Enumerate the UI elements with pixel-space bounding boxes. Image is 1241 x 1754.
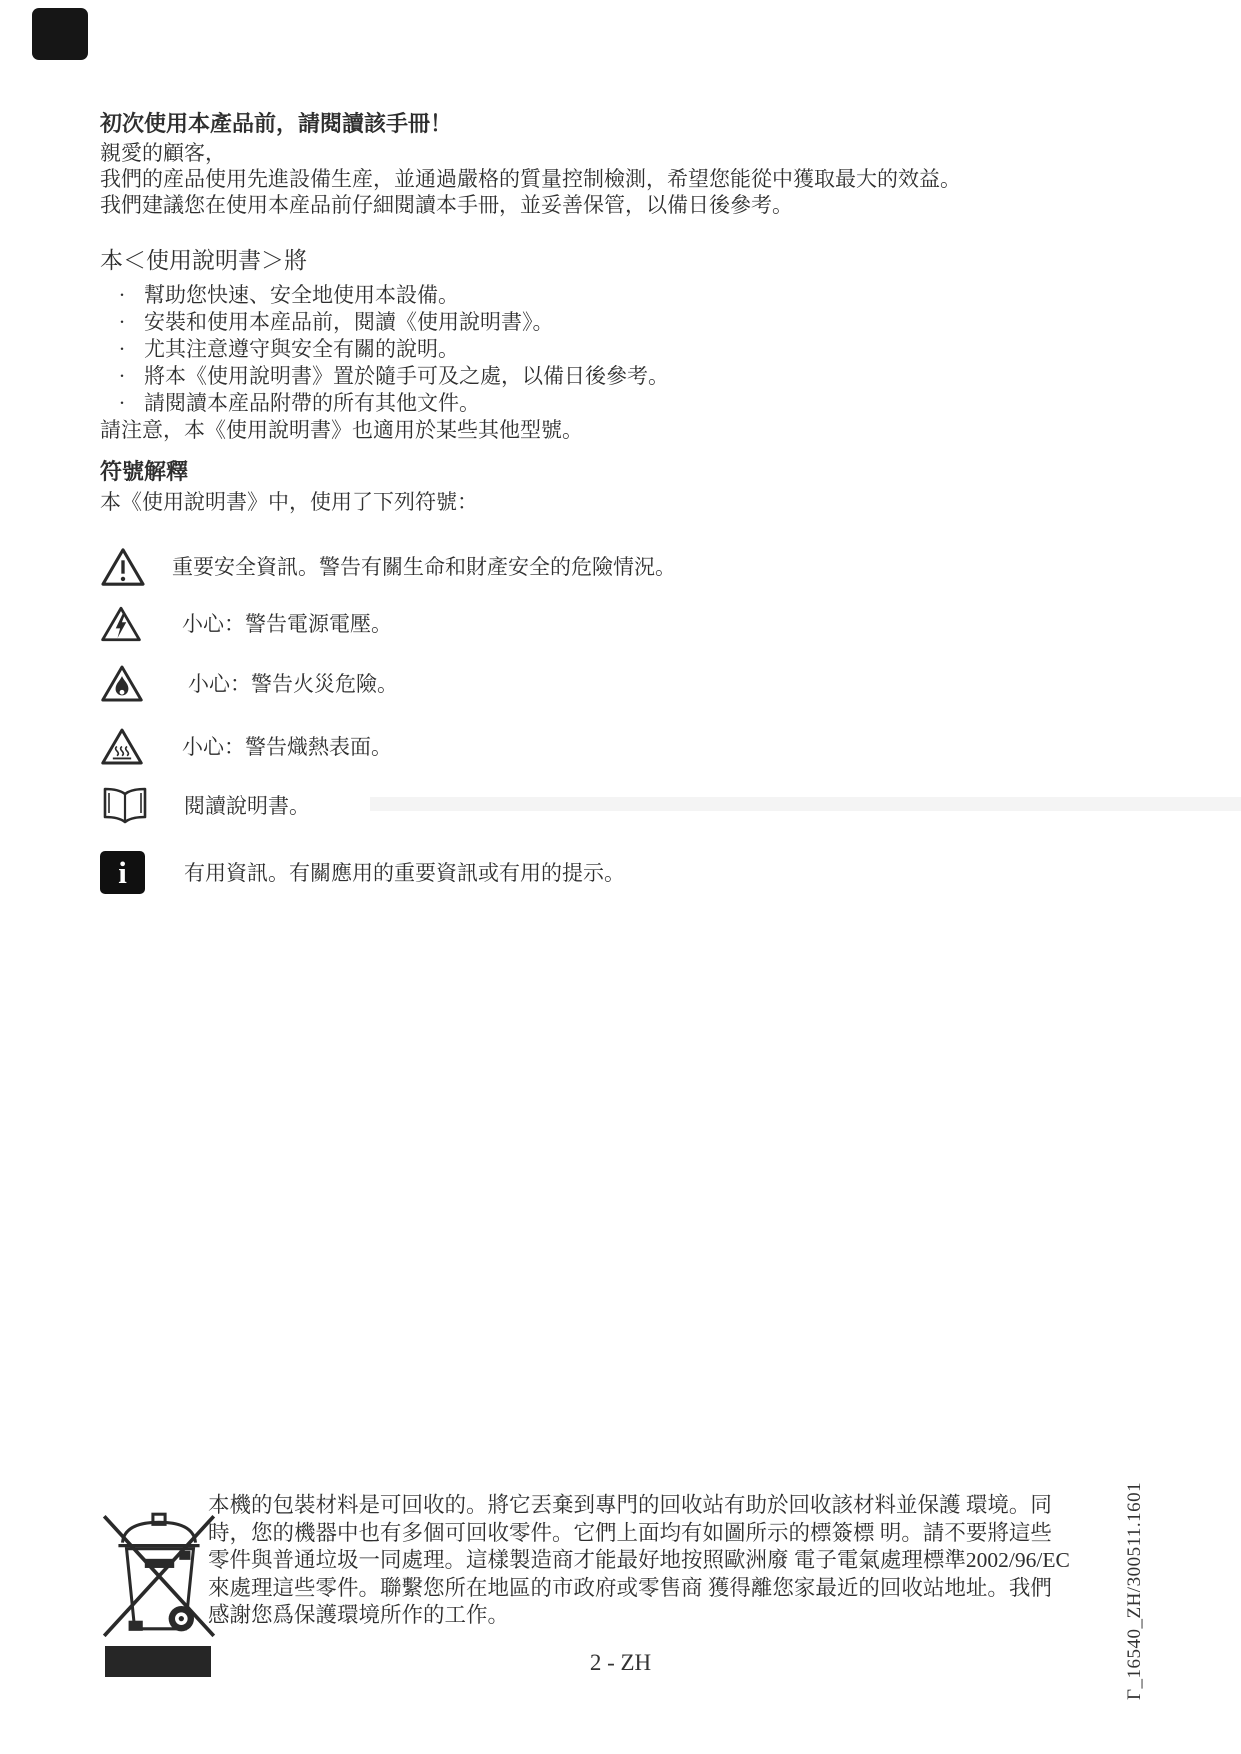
recycling-line: 時，您的機器中也有多個可回收零件。它們上面均有如圖所示的標簽標 明。請不要將這些 bbox=[208, 1520, 1128, 1548]
weee-crossed-bin-icon bbox=[98, 1500, 220, 1642]
recycling-line: 感謝您爲保護環境所作的工作。 bbox=[208, 1602, 1128, 1630]
warning-triangle-icon bbox=[100, 546, 152, 588]
read-manual-icon bbox=[100, 786, 152, 826]
symbol-row: i 有用資訊。有關應用的重要資訊或有用的提示。 bbox=[100, 851, 625, 894]
info-icon-glyph: i bbox=[118, 857, 127, 888]
info-icon: i bbox=[100, 851, 152, 894]
intro-line: 我們建議您在使用本産品前仔細閱讀本手冊，並妥善保管，以備日後參考。 bbox=[100, 192, 1140, 218]
symbols-heading: 符號解釋 bbox=[100, 458, 1140, 486]
list-item: · 將本《使用說明書》置於隨手可及之處，以備日後參考。 bbox=[100, 363, 1140, 390]
intro-line: 我們的産品使用先進設備生産，並通過嚴格的質量控制檢測，希望您能從中獲取最大的效益… bbox=[100, 166, 1140, 192]
manual-usage-heading: 本＜使用說明書＞將 bbox=[100, 246, 1140, 276]
voltage-warning-icon bbox=[100, 604, 152, 644]
intro-section: 初次使用本產品前，請閱讀該手冊！ 親愛的顧客， 我們的産品使用先進設備生産，並通… bbox=[100, 110, 1140, 218]
symbol-row: 小心：警告電源電壓。 bbox=[100, 604, 392, 644]
symbol-description: 小心：警告電源電壓。 bbox=[182, 611, 392, 637]
list-item-text: 安裝和使用本産品前，閱讀《使用說明書》。 bbox=[144, 309, 554, 336]
list-item-text: 幫助您快速、安全地使用本設備。 bbox=[144, 282, 459, 309]
list-item-text: 將本《使用說明書》置於隨手可及之處，以備日後參考。 bbox=[144, 363, 669, 390]
symbol-description: 有用資訊。有關應用的重要資訊或有用的提示。 bbox=[184, 860, 625, 886]
symbol-description: 小心：警告熾熱表面。 bbox=[182, 734, 392, 760]
manual-usage-section: 本＜使用說明書＞將 · 幫助您快速、安全地使用本設備。 · 安裝和使用本産品前，… bbox=[100, 246, 1140, 444]
symbol-row: 閱讀說明書。 bbox=[100, 786, 310, 826]
bullet-icon: · bbox=[100, 309, 144, 336]
symbol-description: 閱讀說明書。 bbox=[184, 793, 310, 819]
symbols-section-head: 符號解釋 本《使用說明書》中，使用了下列符號： bbox=[100, 458, 1140, 516]
symbols-intro: 本《使用說明書》中，使用了下列符號： bbox=[100, 488, 1140, 516]
symbol-row: 小心：警告火災危險。 bbox=[100, 663, 398, 704]
bullet-icon: · bbox=[100, 390, 144, 417]
list-item: · 請閱讀本産品附帶的所有其他文件。 bbox=[100, 390, 1140, 417]
manual-page: 初次使用本產品前，請閱讀該手冊！ 親愛的顧客， 我們的産品使用先進設備生産，並通… bbox=[0, 0, 1241, 1754]
scan-artifact-band bbox=[370, 797, 1241, 811]
bullet-icon: · bbox=[100, 363, 144, 390]
list-item: · 幫助您快速、安全地使用本設備。 bbox=[100, 282, 1140, 309]
document-code-vertical: Г_16540_ZH/300511.1601 bbox=[1124, 1440, 1146, 1700]
symbol-row: 重要安全資訊。警告有關生命和財產安全的危險情況。 bbox=[100, 546, 676, 588]
list-item: · 尤其注意遵守與安全有關的說明。 bbox=[100, 336, 1140, 363]
symbol-row: 小心：警告熾熱表面。 bbox=[100, 726, 392, 767]
page-number: 2 - ZH bbox=[0, 1650, 1241, 1676]
hot-surface-warning-icon bbox=[100, 726, 152, 767]
recycling-paragraph: 本機的包裝材料是可回收的。將它丟棄到專門的回收站有助於回收該材料並保護 環境。同… bbox=[208, 1492, 1128, 1630]
list-item-text: 尤其注意遵守與安全有關的說明。 bbox=[144, 336, 459, 363]
symbol-description: 重要安全資訊。警告有關生命和財產安全的危險情況。 bbox=[172, 554, 676, 580]
symbol-description: 小心：警告火災危險。 bbox=[188, 671, 398, 697]
intro-title: 初次使用本產品前，請閱讀該手冊！ bbox=[100, 110, 1140, 138]
recycling-line: 零件與普通垃圾一同處理。這樣製造商才能最好地按照歐洲廢 電子電氣處理標準2002… bbox=[208, 1547, 1128, 1575]
bullet-icon: · bbox=[100, 282, 144, 309]
bullet-icon: · bbox=[100, 336, 144, 363]
list-item-text: 請閱讀本産品附帶的所有其他文件。 bbox=[144, 390, 480, 417]
recycling-line: 本機的包裝材料是可回收的。將它丟棄到專門的回收站有助於回收該材料並保護 環境。同 bbox=[208, 1492, 1128, 1520]
fire-warning-icon bbox=[100, 663, 152, 704]
page-index-mark bbox=[32, 8, 88, 60]
list-item: · 安裝和使用本産品前，閱讀《使用說明書》。 bbox=[100, 309, 1140, 336]
recycling-line: 來處理這些零件。聯繫您所在地區的市政府或零售商 獲得離您家最近的回收站地址。我們 bbox=[208, 1575, 1128, 1603]
manual-usage-note: 請注意，本《使用說明書》也適用於某些其他型號。 bbox=[100, 417, 1140, 444]
intro-line: 親愛的顧客， bbox=[100, 140, 1140, 166]
